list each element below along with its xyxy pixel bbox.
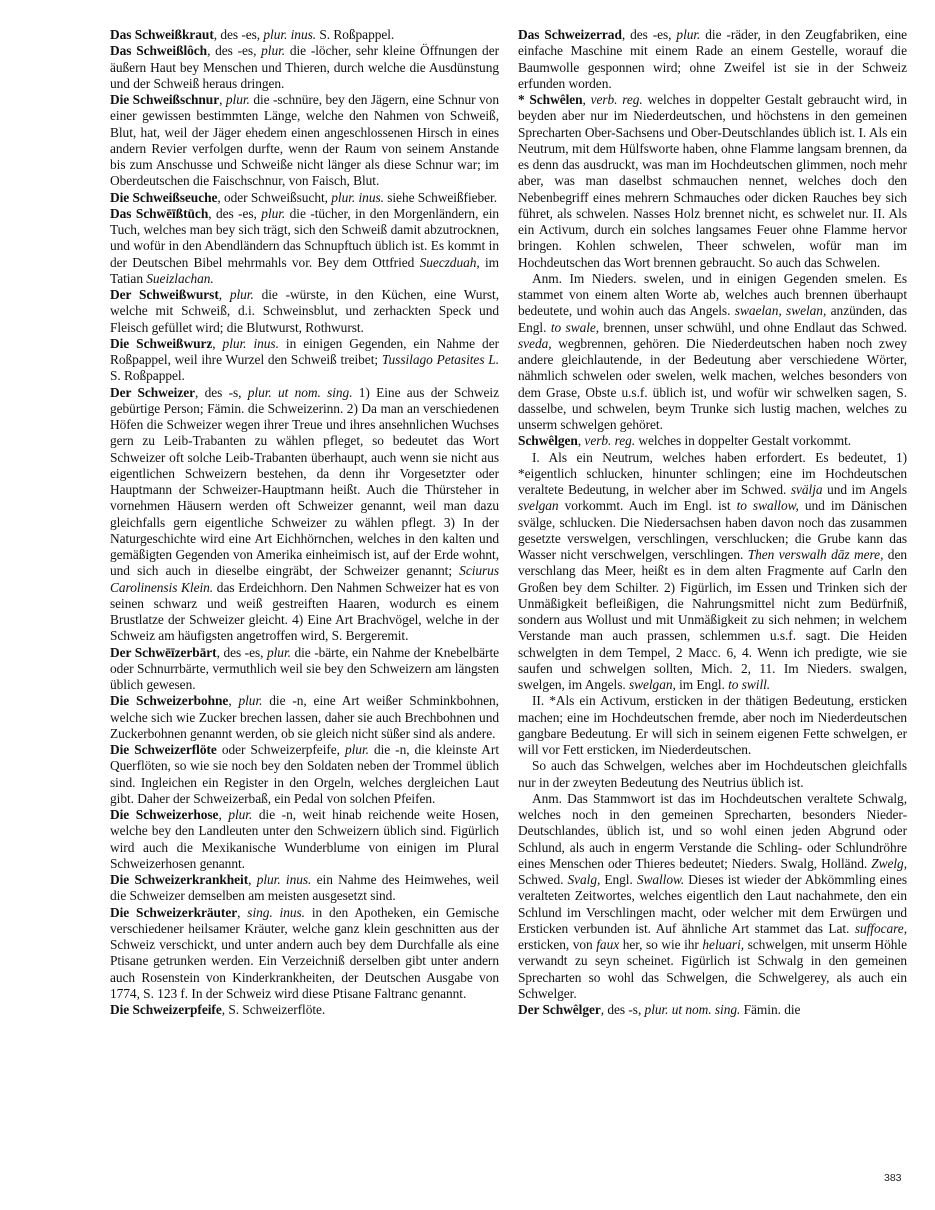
entry-text: II. *Als ein Activum, ersticken in der t… [518,693,907,757]
entry-text: , oder Schweißsucht, [217,190,331,205]
entry-text: 1) Eine aus der Schweiz gebürtige Person… [110,385,499,579]
entry-text: im Engl. [676,677,728,692]
entry-italic-text: plur. [345,742,369,757]
entry-italic-text: faux [596,937,619,952]
entry-text: , des -es, [214,27,264,42]
dictionary-entry-schw-len: * Schwêlen, verb. reg. welches in doppel… [518,92,907,271]
entry-italic-text: heluari, [702,937,744,952]
right-column: Das Schweizerrad, des -es, plur. die -rä… [518,27,907,1018]
entry-text: , [237,905,247,920]
entry-text: , des -es, [622,27,677,42]
entry-text: ersticken, von [518,937,596,952]
entry-italic-text: plur. [238,693,262,708]
entry-text: So auch das Schwelgen, welches aber im H… [518,758,907,789]
entry-text: , des -es, [208,206,261,221]
entry-italic-text: Then verswalh dāz mere, [748,547,884,562]
dictionary-entry-das-schw-ßt-ch: Das Schwēīßtūch, des -es, plur. die -tüc… [110,206,499,287]
entry-italic-text: sveda, [518,336,552,351]
dictionary-entry-der-schw-lger: Der Schwêlger, des -s, plur. ut nom. sin… [518,1002,907,1018]
entry-italic-text: plur. [228,807,252,822]
entry-headword: Die Schweizerflöte [110,742,217,757]
entry-italic-text: plur. [261,206,285,221]
dictionary-entry-das-schweißl-ch: Das Schweißlôch, des -es, plur. die -löc… [110,43,499,92]
dictionary-entry-die-schweizerkrankheit: Die Schweizerkrankheit, plur. inus. ein … [110,872,499,905]
entry-italic-text: suffocare, [855,921,907,936]
entry-text: den verschlang das Meer, heißt es in dem… [518,547,907,692]
entry-headword: * Schwêlen [518,92,583,107]
entry-text: , des -s, [195,385,248,400]
entry-italic-text: verb. reg. [591,92,643,107]
left-column: Das Schweißkraut, des -es, plur. inus. S… [110,27,499,1018]
entry-paragraph: Anm. Im Nieders. swelen, und in einigen … [518,271,907,434]
entry-headword: Die Schweizerhose [110,807,218,822]
entry-italic-text: sing. inus. [247,905,305,920]
entry-text: Engl. [600,872,637,887]
entry-italic-text: plur. [230,287,254,302]
entry-paragraph: So auch das Schwelgen, welches aber im H… [518,758,907,791]
entry-paragraph: Anm. Das Stammwort ist das im Hochdeutsc… [518,791,907,1002]
entry-headword: Der Schwēīzerbārt [110,645,217,660]
entry-italic-text: plur. [267,645,291,660]
entry-headword: Die Schweizerkrankheit [110,872,248,887]
entry-italic-text: to swill. [728,677,770,692]
dictionary-entry-schw-lgen: Schwêlgen, verb. reg. welches in doppelt… [518,433,907,449]
dictionary-page: Das Schweißkraut, des -es, plur. inus. S… [0,0,935,1210]
entry-headword: Die Schweißseuche [110,190,217,205]
entry-text: oder Schweizerpfeife, [217,742,345,757]
entry-italic-text: plur. [261,43,285,58]
entry-italic-text: plur. [226,92,250,107]
entry-text: wegbrennen, gehören. Die Niederdeutschen… [518,336,907,432]
entry-italic-text: swelgan, [629,677,676,692]
entry-headword: Das Schweißkraut [110,27,214,42]
dictionary-entry-die-schweizerbohne: Die Schweizerbohne, plur. die -n, eine A… [110,693,499,742]
entry-italic-text: plur. inus. [263,27,316,42]
entry-italic-text: verb. reg. [584,433,635,448]
entry-text: Fämin. die [740,1002,800,1017]
entry-headword: Der Schweizer [110,385,195,400]
dictionary-entry-die-schweißschnur: Die Schweißschnur, plur. die -schnüre, b… [110,92,499,190]
entry-italic-text: to swallow, [737,498,799,513]
entry-text: , [219,92,226,107]
dictionary-entry-die-schweizerhose: Die Schweizerhose, plur. die -n, weit hi… [110,807,499,872]
entry-text: , [212,336,222,351]
entry-italic-text: plur. inus. [331,190,384,205]
entry-italic-text: Sueczduah, [420,255,480,270]
entry-italic-text: plur. ut nom. sing. [645,1002,741,1017]
dictionary-entry-die-schweißseuche: Die Schweißseuche, oder Schweißsucht, pl… [110,190,499,206]
entry-italic-text: Svalg, [567,872,600,887]
dictionary-entry-das-schweizerrad: Das Schweizerrad, des -es, plur. die -rä… [518,27,907,92]
entry-italic-text: to swale, [551,320,599,335]
entry-italic-text: Swallow. [637,872,684,887]
page-number: 383 [884,1172,902,1184]
dictionary-entry-der-schweizer: Der Schweizer, des -s, plur. ut nom. sin… [110,385,499,645]
dictionary-entry-der-schw-zerb-rt: Der Schwēīzerbārt, des -es, plur. die -b… [110,645,499,694]
entry-text: , des -s, [601,1002,645,1017]
entry-italic-text: plur. inus. [223,336,279,351]
entry-headword: Der Schweißwurst [110,287,219,302]
dictionary-entry-die-schweizerpfeife: Die Schweizerpfeife, S. Schweizerflöte. [110,1002,499,1018]
entry-headword: Die Schweißwurz [110,336,212,351]
entry-text: S. Roßpappel. [110,368,185,383]
entry-paragraph: II. *Als ein Activum, ersticken in der t… [518,693,907,758]
entry-text: welches in doppelter Gestalt gebraucht w… [518,92,907,270]
entry-headword: Das Schwēīßtūch [110,206,208,221]
entry-text: und im Angels [823,482,907,497]
entry-headword: Die Schweizerpfeife [110,1002,222,1017]
dictionary-entry-die-schweizerflöte: Die Schweizerflöte oder Schweizerpfeife,… [110,742,499,807]
entry-text: , des -es, [217,645,267,660]
entry-italic-text: plur. [676,27,700,42]
entry-headword: Die Schweißschnur [110,92,219,107]
entry-italic-text: plur. ut nom. sing. [248,385,353,400]
entry-headword: Das Schweißlôch [110,43,207,58]
entry-headword: Das Schweizerrad [518,27,622,42]
entry-text: , [248,872,257,887]
entry-paragraph: I. Als ein Neutrum, welches haben erford… [518,450,907,694]
entry-italic-text: Sueizlachan. [146,271,213,286]
entry-text: S. Roßpappel. [316,27,394,42]
entry-italic-text: plur. inus. [257,872,312,887]
entry-text: , [218,807,228,822]
entry-text: , des -es, [207,43,261,58]
dictionary-entry-das-schweißkraut: Das Schweißkraut, des -es, plur. inus. S… [110,27,499,43]
entry-italic-text: swaelan, swelan, [735,303,826,318]
entry-italic-text: svälja [791,482,823,497]
entry-text: siehe Schweißfieber. [384,190,497,205]
entry-italic-text: Zwelg, [871,856,907,871]
entry-text: welches in doppelter Gestalt vorkommt. [635,433,851,448]
entry-italic-text: Tussilago Petasites L. [382,352,499,367]
entry-text: brennen, unser schwühl, und ohne Endlaut… [599,320,907,335]
entry-text: , [228,693,238,708]
dictionary-entry-die-schweizerkräuter: Die Schweizerkräuter, sing. inus. in den… [110,905,499,1003]
entry-text: , [583,92,591,107]
entry-italic-text: svelgan [518,498,559,513]
entry-headword: Die Schweizerbohne [110,693,228,708]
entry-text: , S. Schweizerflöte. [222,1002,326,1017]
entry-text: Schwed. [518,872,567,887]
entry-headword: Schwêlgen [518,433,578,448]
entry-text: her, so wie ihr [619,937,702,952]
dictionary-entry-der-schweißwurst: Der Schweißwurst, plur. die -würste, in … [110,287,499,336]
entry-text: Anm. Das Stammwort ist das im Hochdeutsc… [518,791,907,871]
dictionary-entry-die-schweißwurz: Die Schweißwurz, plur. inus. in einigen … [110,336,499,385]
entry-headword: Die Schweizerkräuter [110,905,237,920]
entry-headword: Der Schwêlger [518,1002,601,1017]
entry-text: vorkommt. Auch im Engl. ist [559,498,737,513]
entry-text: , [219,287,230,302]
